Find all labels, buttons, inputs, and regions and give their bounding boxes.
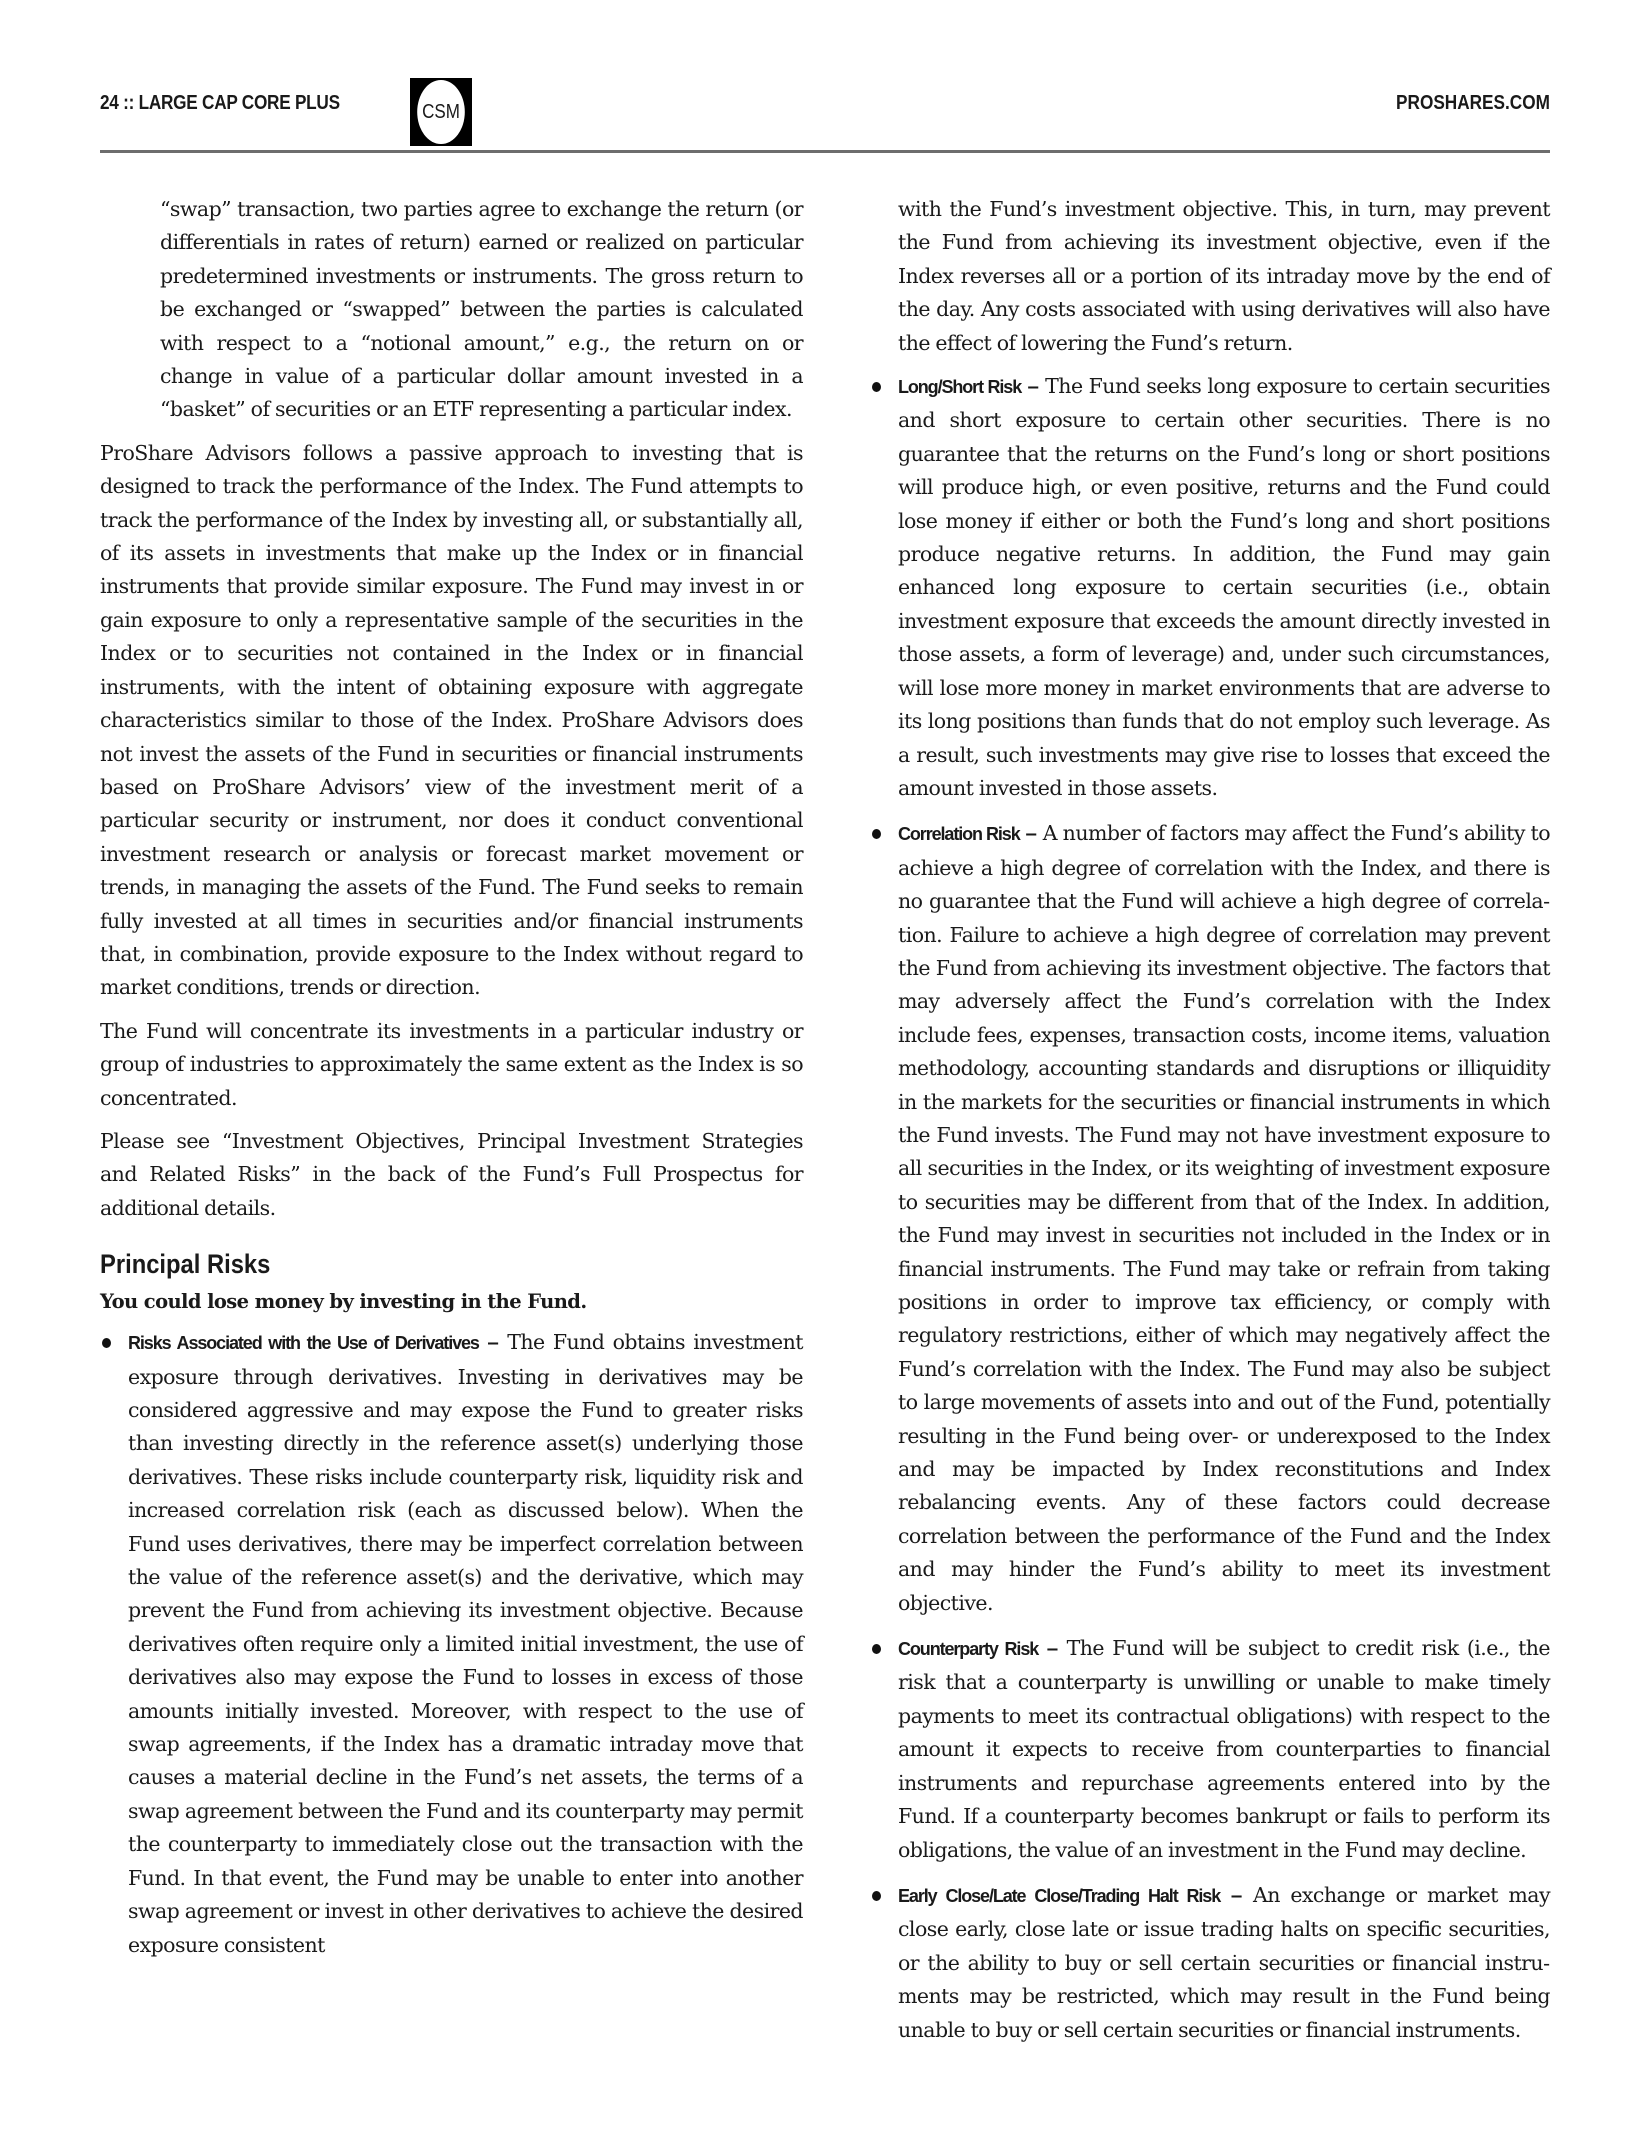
em-dash: – — [1038, 1637, 1066, 1660]
page-number-and-fund-name: 24 :: LARGE CAP CORE PLUS — [100, 92, 340, 115]
bullet-icon — [872, 829, 881, 839]
bullet-icon — [872, 382, 881, 392]
risk-item-term: Counterparty Risk — [898, 1639, 1038, 1659]
risk-item-counterparty: Counterparty Risk – The Fund will be sub… — [870, 1632, 1550, 1867]
risk-item-body: A number of factors may affect the Fund’… — [898, 821, 1550, 1614]
risk-warning-subheading: You could lose money by investing in the… — [100, 1285, 803, 1318]
risk-item-body: The Fund will be subject to credit risk … — [898, 1636, 1550, 1861]
website-label: PROSHARES.COM — [1396, 92, 1550, 115]
derivatives-risk-continuation: with the Fund’s investment objective. Th… — [870, 193, 1550, 360]
swap-definition-continuation: “swap” transaction, two parties agree to… — [100, 193, 803, 427]
page-header: 24 :: LARGE CAP CORE PLUS CSM PROSHARES.… — [100, 78, 1550, 148]
risk-item-term: Long/Short Risk — [898, 377, 1021, 397]
right-column: with the Fund’s investment objective. Th… — [870, 193, 1550, 2059]
header-divider — [100, 150, 1550, 153]
ticker-badge-label: CSM — [417, 80, 465, 144]
em-dash: – — [1220, 1884, 1253, 1907]
em-dash: – — [1020, 822, 1043, 845]
section-heading-principal-risks: Principal Risks — [100, 1247, 719, 1281]
left-column: “swap” transaction, two parties agree to… — [100, 193, 803, 1974]
risk-item-long-short: Long/Short Risk – The Fund seeks long ex… — [870, 370, 1550, 805]
risk-item-term: Early Close/Late Close/Trading Halt Risk — [898, 1886, 1220, 1906]
ticker-badge: CSM — [410, 78, 472, 146]
bullet-icon — [872, 1644, 881, 1654]
bullet-icon — [872, 1891, 881, 1901]
risk-item-body: The Fund obtains investment exposure thr… — [128, 1330, 803, 1956]
see-prospectus-paragraph: Please see “Investment Objectives, Princ… — [100, 1125, 803, 1225]
concentration-paragraph: The Fund will concentrate its investment… — [100, 1015, 803, 1115]
bullet-icon — [102, 1338, 111, 1348]
risk-item-term: Risks Associated with the Use of Derivat… — [128, 1333, 479, 1353]
em-dash: – — [1021, 375, 1045, 398]
passive-approach-paragraph: ProShare Advisors follows a passive appr… — [100, 437, 803, 1005]
risk-item-trading-halt: Early Close/Late Close/Trading Halt Risk… — [870, 1879, 1550, 2047]
risk-item-body: The Fund seeks long exposure to certain … — [898, 374, 1550, 800]
em-dash: – — [479, 1331, 507, 1354]
risk-item-correlation: Correlation Risk – A number of factors m… — [870, 817, 1550, 1620]
risk-item-derivatives: Risks Associated with the Use of Derivat… — [100, 1326, 803, 1962]
risk-item-term: Correlation Risk — [898, 824, 1020, 844]
